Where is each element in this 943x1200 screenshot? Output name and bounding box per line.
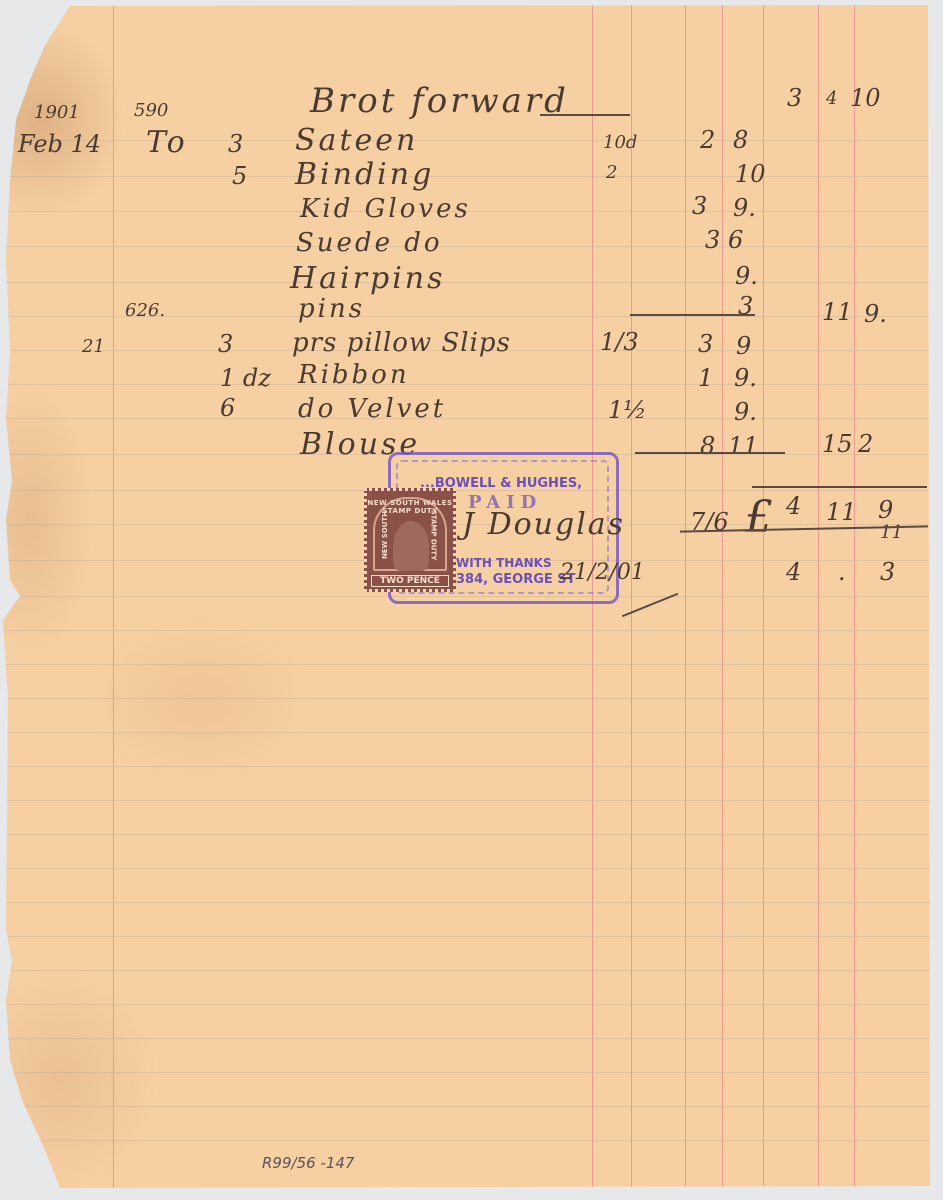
- item-description: Binding: [295, 160, 434, 190]
- item-pence: 11: [728, 434, 759, 458]
- group-1-folio: 626.: [125, 302, 165, 320]
- item-shillings: 2: [700, 128, 715, 152]
- item-description: Suede do: [296, 230, 443, 256]
- item-shillings: 3: [698, 332, 713, 356]
- rule-line: [0, 1072, 943, 1073]
- item-shillings: 8: [700, 434, 715, 458]
- rule-line: [0, 1004, 943, 1005]
- to-label: To: [146, 128, 188, 158]
- year: 1901: [34, 104, 80, 122]
- stamp-top-text: NEW SOUTH WALES STAMP DUTY: [367, 499, 453, 515]
- item-qty: 5: [232, 164, 247, 188]
- group-1-total-pence: 9.: [864, 302, 887, 326]
- item-pence: 9.: [735, 264, 758, 288]
- balance-shillings: .: [838, 560, 846, 584]
- item-qty: 6: [220, 396, 235, 420]
- item-pence: 9.: [734, 366, 757, 390]
- rule-line: [0, 1106, 943, 1107]
- column-rule: [854, 0, 855, 1200]
- margin-rule: [113, 0, 114, 1200]
- column-rule: [818, 0, 819, 1200]
- rule-line: [0, 1140, 943, 1141]
- stamp-left-text: NEW SOUTH: [381, 511, 389, 559]
- rule-line: [0, 936, 943, 937]
- item-description: prs pillow Slips: [292, 330, 511, 356]
- grand-total-pence: 9: [878, 498, 893, 522]
- item-description: pins: [298, 296, 365, 322]
- item-pence: 8: [733, 128, 748, 152]
- paid-signature: J Douglas: [462, 510, 625, 540]
- item-rate: 1½: [608, 398, 647, 422]
- rule-line: [0, 698, 943, 699]
- item-rate: 1/3: [600, 330, 639, 354]
- bf-pounds: 3: [787, 86, 802, 110]
- item-qty: 1 dz: [220, 366, 271, 390]
- payment-date: 21/2/01: [560, 562, 645, 584]
- brought-forward-label: Brot forward: [310, 84, 569, 118]
- stamp-right-text: STAMP DUTY: [430, 510, 438, 561]
- rule-line: [0, 630, 943, 631]
- group-2-total-shillings: 15: [822, 432, 853, 456]
- item-pence: 9.: [733, 196, 756, 220]
- rule-line: [0, 282, 943, 283]
- rule-line: [0, 834, 943, 835]
- rule-line: [0, 418, 943, 419]
- item-qty: 3: [228, 132, 243, 156]
- subtotal-line: [635, 452, 785, 454]
- underline: [540, 114, 630, 116]
- grand-total-pounds: 4: [786, 494, 801, 518]
- rule-line: [0, 384, 943, 385]
- item-pence: 9: [736, 334, 751, 358]
- balance-pounds: 4: [786, 560, 801, 584]
- item-shillings: 3: [692, 194, 707, 218]
- item-pence: 6: [728, 228, 743, 252]
- archive-reference: R99/56 -147: [262, 1154, 354, 1172]
- rule-line: [0, 664, 943, 665]
- item-shillings: 1: [698, 366, 713, 390]
- bf-shillings: 4: [826, 90, 837, 108]
- item-description: Ribbon: [298, 362, 410, 388]
- item-description: Kid Gloves: [300, 196, 471, 222]
- subtotal-line: [630, 314, 755, 316]
- paid-stamp-address: 384, GEORGE ST: [456, 572, 576, 587]
- grand-total-shillings: 11: [826, 500, 857, 524]
- item-description: do Velvet: [298, 396, 446, 422]
- item-description: Sateen: [295, 126, 418, 156]
- item-shillings: 3: [705, 228, 720, 252]
- item-pence: 9.: [734, 400, 757, 424]
- rule-line: [0, 246, 943, 247]
- queen-portrait-icon: [393, 521, 429, 571]
- item-rate: 2: [606, 164, 617, 182]
- group-2-total-pence: 2: [858, 432, 873, 456]
- rule-line: [0, 732, 943, 733]
- rule-line: [0, 766, 943, 767]
- rule-line: [0, 800, 943, 801]
- postage-stamp: NEW SOUTH WALES STAMP DUTY NEW SOUTH STA…: [364, 488, 456, 592]
- rule-line: [0, 970, 943, 971]
- paid-stamp-thanks: WITH THANKS: [456, 556, 552, 570]
- column-rule: [722, 0, 723, 1200]
- column-rule: [631, 0, 632, 1200]
- rule-line: [0, 902, 943, 903]
- rule-line: [0, 868, 943, 869]
- rule-line: [0, 211, 943, 212]
- rule-line: [0, 176, 943, 177]
- rule-line: [0, 1038, 943, 1039]
- pound-sign: £: [745, 496, 776, 540]
- second-date: 21: [82, 338, 105, 356]
- column-rule: [685, 0, 686, 1200]
- item-rate: 10d: [603, 134, 637, 152]
- rule-line: [0, 140, 943, 141]
- stamp-value: TWO PENCE: [371, 575, 449, 587]
- group-1-total-shillings: 11: [822, 300, 853, 324]
- entry-date: Feb 14: [18, 132, 101, 156]
- total-line: [752, 486, 927, 488]
- item-qty: 3: [218, 332, 233, 356]
- item-pence: 3: [738, 294, 753, 318]
- folio-number: 590: [134, 102, 168, 120]
- item-description: Hairpins: [290, 264, 446, 294]
- item-pence: 10: [735, 162, 766, 186]
- bf-pence: 10: [850, 86, 881, 110]
- balance-pence: 3: [880, 560, 895, 584]
